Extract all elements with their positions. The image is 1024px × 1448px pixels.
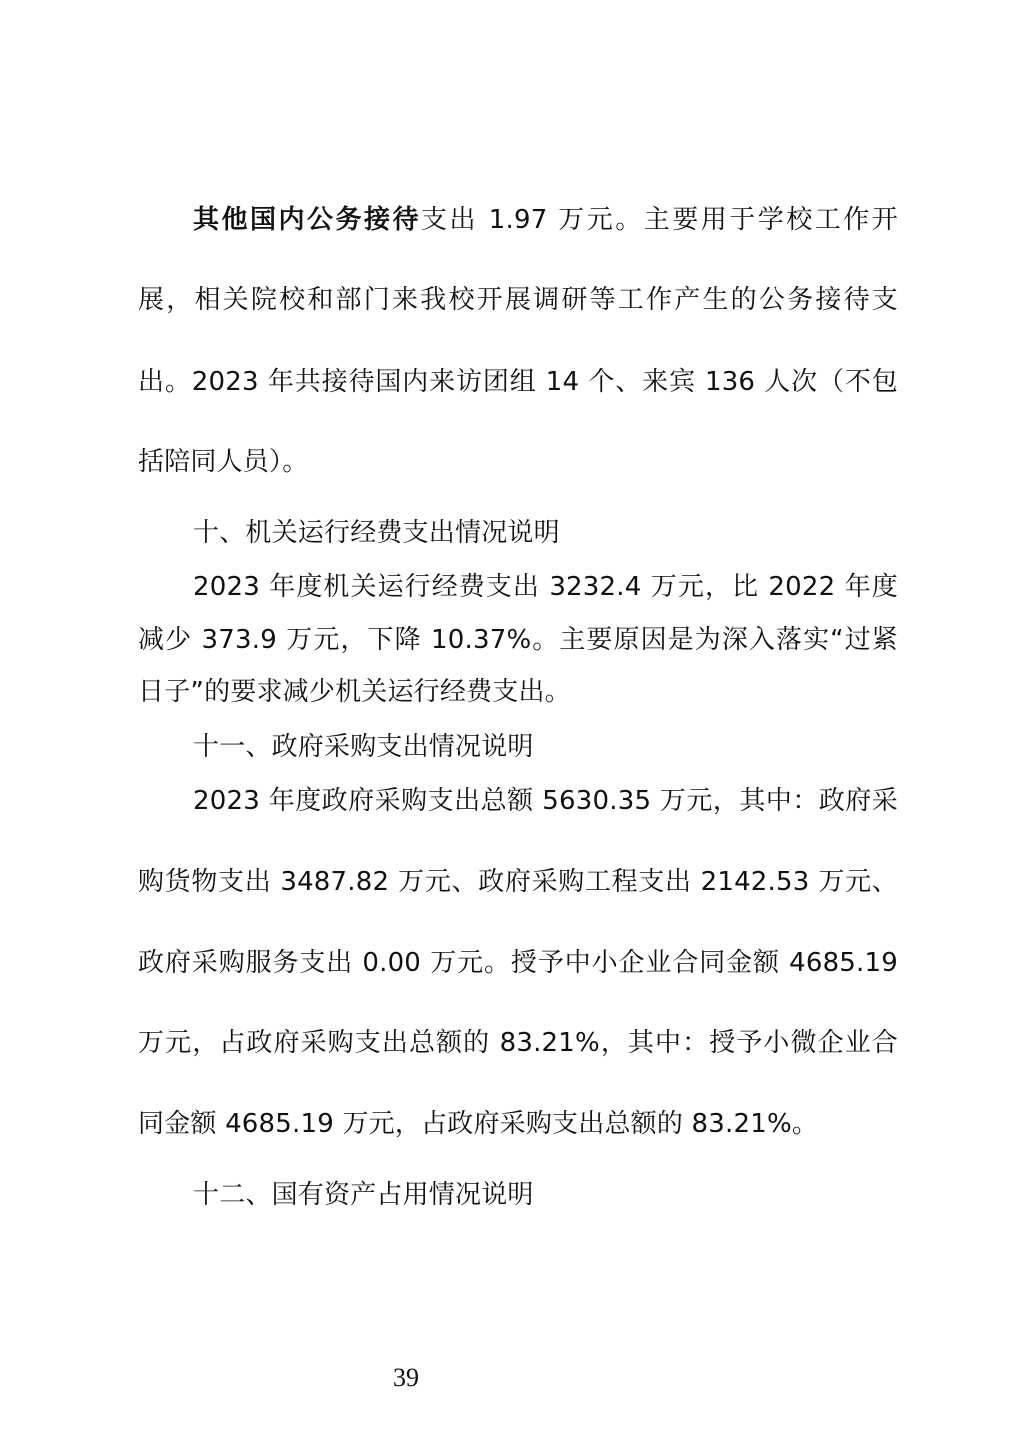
reception-paragraph-line-4: 括陪同人员）。 bbox=[138, 442, 898, 482]
section-10-line-3: 日子”的要求减少机关运行经费支出。 bbox=[138, 672, 898, 712]
reception-term-bold: 其他国内公务接待 bbox=[193, 205, 421, 235]
reception-paragraph-line-2: 展，相关院校和部门来我校开展调研等工作产生的公务接待支 bbox=[138, 280, 898, 320]
section-12-heading: 十二、国有资产占用情况说明 bbox=[193, 1175, 898, 1215]
reception-paragraph-line-1: 其他国内公务接待支出 1.97 万元。主要用于学校工作开 bbox=[193, 200, 898, 240]
section-10-line-1: 2023 年度机关运行经费支出 3232.4 万元，比 2022 年度 bbox=[193, 567, 898, 607]
section-11-line-4: 万元，占政府采购支出总额的 83.21%，其中：授予小微企业合 bbox=[138, 1023, 898, 1063]
section-10-heading: 十、机关运行经费支出情况说明 bbox=[193, 513, 898, 553]
page-number: 39 bbox=[0, 1358, 812, 1398]
reception-paragraph-line-3: 出。2023 年共接待国内来访团组 14 个、来宾 136 人次（不包 bbox=[138, 362, 898, 402]
section-11-line-3: 政府采购服务支出 0.00 万元。授予中小企业合同金额 4685.19 bbox=[138, 943, 898, 983]
section-11-line-1: 2023 年度政府采购支出总额 5630.35 万元，其中：政府采 bbox=[193, 781, 898, 821]
section-11-line-5: 同金额 4685.19 万元，占政府采购支出总额的 83.21%。 bbox=[138, 1104, 898, 1144]
reception-line-1-text: 支出 1.97 万元。主要用于学校工作开 bbox=[421, 205, 898, 235]
section-11-line-2: 购货物支出 3487.82 万元、政府采购工程支出 2142.53 万元、 bbox=[138, 862, 898, 902]
section-10-line-2: 减少 373.9 万元，下降 10.37%。主要原因是为深入落实“过紧 bbox=[138, 620, 898, 660]
section-11-heading: 十一、政府采购支出情况说明 bbox=[193, 727, 898, 767]
